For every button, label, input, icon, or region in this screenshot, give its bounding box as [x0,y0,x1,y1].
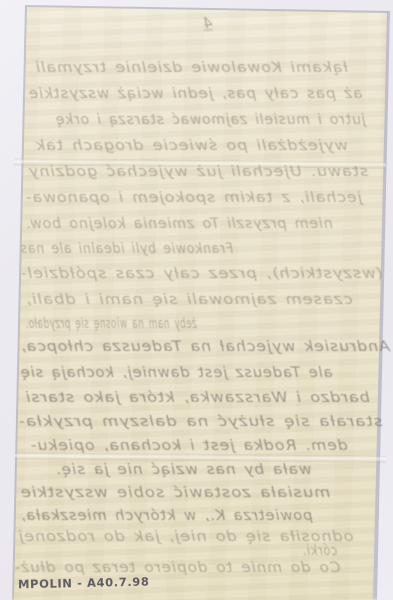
handwriting-line: dem. Rodka jest i kochana, opieku- [30,438,314,458]
handwriting-line: powietrza K., w których mieszkała, [20,508,298,528]
handwriting-line: czasem zajmowali się nami i dbali, [25,292,305,312]
handwriting-line: żeby nam na wiosnę się przydało. [25,316,298,336]
handwriting-line: bardzo i Warszawka, która jako starsi [25,390,326,410]
archival-number-label: MPOLIN - A40.7.98 [18,575,150,592]
handwriting-line: wyjeżdżali po świecie drogach tak [35,138,308,158]
handwriting-line: wała by nas wziąć nie ja się. [55,462,289,482]
handwriting-line: musiała zostawić sobie wszystkie [20,485,285,505]
handwriting-line: jechali, z takim spokojem i opanowa- [25,190,323,210]
bleedthrough-text-layer: łąkami Kowalowie dzielnie trzymaliaż pas… [0,0,393,600]
scanned-document-page: 4 łąkami Kowalowie dzielnie trzymaliaż p… [0,0,393,600]
handwriting-line: Andrusiek wyjechał na Tadeusza chłopca, [20,339,350,359]
handwriting-line: starała się służyć na dalszym przykła- [18,414,324,434]
handwriting-line: aż pas cały pas, jedni wciąż wszystkie [28,86,336,106]
handwriting-line: łąkami Kowalowie dzielnie trzymali [35,60,313,80]
handwriting-line: Frankowie byli idealni ale nas [20,241,259,261]
handwriting-line: (wszystkich), przez cały czas spółdziel- [20,266,333,286]
handwriting-line: odnosiła się do niej, jak do rodzonej [18,529,310,549]
handwriting-line: niem przyszli To zmienia kolejno bow. [25,216,328,236]
handwriting-line: stawu. Ujechali już wyjechać godziny [28,164,324,184]
handwriting-line: jutro i musieli zajmować starszą i orkę [55,112,366,132]
handwriting-line: ale Tadeusz jest dawniej, kochają się [20,365,318,385]
